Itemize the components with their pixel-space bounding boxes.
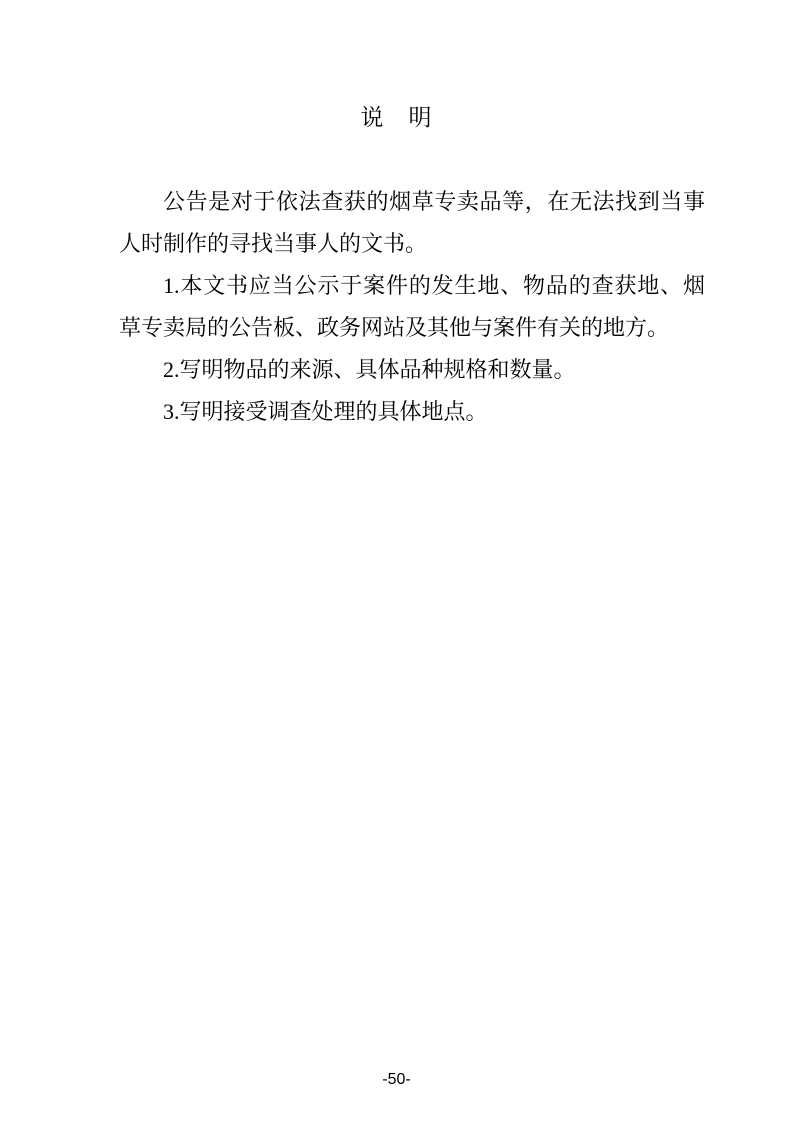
paragraph: 2.写明物品的来源、具体品种规格和数量。 [119, 349, 705, 391]
paragraph: 3.写明接受调查处理的具体地点。 [119, 391, 705, 433]
document-page: 说 明 公告是对于依法查获的烟草专卖品等，在无法找到当事人时制作的寻找当事人的文… [0, 0, 793, 1122]
paragraph: 公告是对于依法查获的烟草专卖品等，在无法找到当事人时制作的寻找当事人的文书。 [119, 181, 705, 265]
page-title: 说 明 [0, 106, 793, 129]
document-body: 公告是对于依法查获的烟草专卖品等，在无法找到当事人时制作的寻找当事人的文书。 1… [119, 181, 705, 433]
paragraph: 1.本文书应当公示于案件的发生地、物品的查获地、烟草专卖局的公告板、政务网站及其… [119, 265, 705, 349]
page-number: -50- [0, 1071, 793, 1089]
